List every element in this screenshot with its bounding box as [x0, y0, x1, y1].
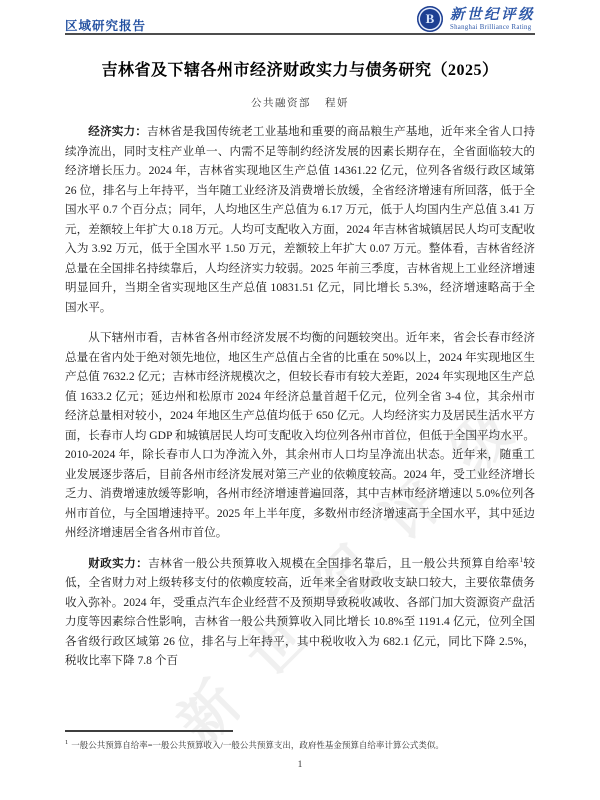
report-body: 经济实力：吉林省是我国传统老工业基地和重要的商品粮生产基地，近年来全省人口持续净…	[65, 122, 535, 682]
paragraph-city-economy: 从下辖州市看，吉林省各州市经济发展不均衡的问题较突出。近年来，省会长春市经济总量…	[65, 328, 535, 543]
footnote-divider	[65, 730, 233, 732]
footnote-text: 一般公共预算自给率=一般公共预算收入/一般公共预算支出，政府性基金预算自给率计算…	[71, 739, 444, 749]
paragraph-lead: 经济实力：	[88, 125, 147, 138]
paragraph-fiscal-strength: 财政实力：吉林省一般公共预算收入规模在全国排名靠后，且一般公共预算自给率1较低，…	[65, 554, 535, 671]
brand-logo: B 新世纪评级 Shanghai Brilliance Rating	[417, 6, 535, 32]
footnote: 1一般公共预算自给率=一般公共预算收入/一般公共预算支出，政府性基金预算自给率计…	[65, 737, 535, 751]
paragraph-text: 吉林省一般公共预算收入规模在全国排名靠后，且一般公共预算自给率	[148, 557, 519, 570]
report-page: 新世纪评级 区域研究报告 B 新世纪评级 Shanghai Brilliance…	[0, 0, 600, 800]
header-divider	[65, 33, 535, 35]
byline-department: 公共融资部	[251, 98, 311, 109]
report-type-label: 区域研究报告	[65, 16, 146, 34]
footnote-marker: 1	[65, 739, 68, 746]
brand-text: 新世纪评级 Shanghai Brilliance Rating	[450, 7, 535, 31]
paragraph-lead: 财政实力：	[88, 557, 148, 570]
byline-author: 程妍	[325, 98, 349, 109]
brand-name-en: Shanghai Brilliance Rating	[450, 24, 531, 31]
page-number: 1	[0, 760, 600, 770]
page-header: 区域研究报告 B 新世纪评级 Shanghai Brilliance Ratin…	[65, 8, 535, 34]
paragraph-text: 吉林省是我国传统老工业基地和重要的商品粮生产基地，近年来全省人口持续净流出，同时…	[65, 125, 535, 314]
paragraph-text: 从下辖州市看，吉林省各州市经济发展不均衡的问题较突出。近年来，省会长春市经济总量…	[65, 331, 535, 539]
logo-letter: B	[426, 11, 435, 27]
page-title: 吉林省及下辖各州市经济财政实力与债务研究（2025）	[0, 57, 600, 80]
brand-name-cn: 新世纪评级	[450, 7, 535, 23]
paragraph-economic-strength: 经济实力：吉林省是我国传统老工业基地和重要的商品粮生产基地，近年来全省人口持续净…	[65, 122, 535, 317]
byline: 公共融资部程妍	[0, 95, 600, 110]
brilliance-logo-icon: B	[417, 6, 443, 32]
footnote-area: 1一般公共预算自给率=一般公共预算收入/一般公共预算支出，政府性基金预算自给率计…	[65, 730, 535, 750]
paragraph-text: 较低，全省财力对上级转移支付的依赖度较高，近年来全省财政收支缺口较大，主要依靠债…	[65, 557, 535, 668]
